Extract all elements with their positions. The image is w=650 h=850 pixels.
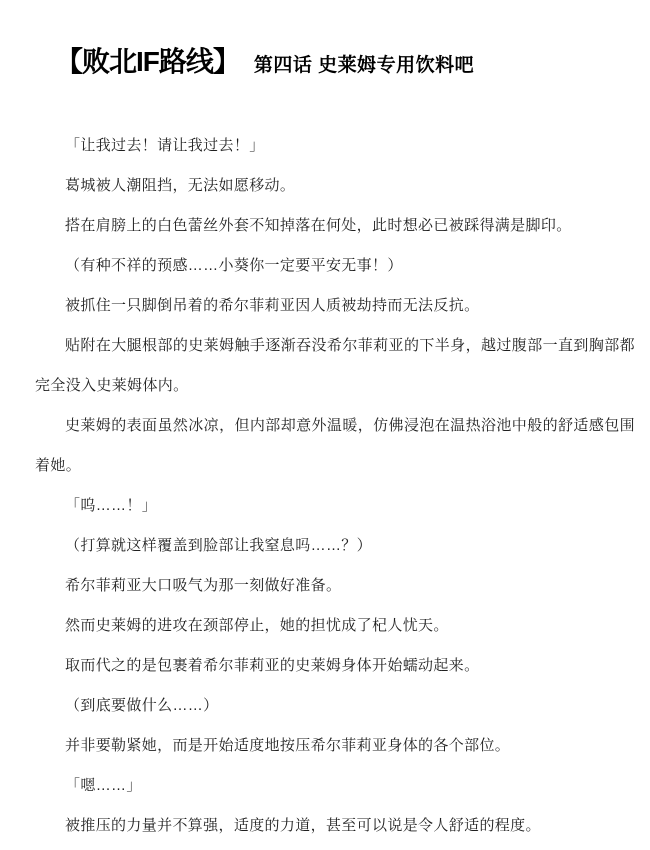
series-title: 【败北IF路线】	[55, 40, 240, 80]
novel-page: 【败北IF路线】 第四话 史莱姆专用饮料吧 「让我过去！请让我过去！」葛城被人潮…	[0, 0, 650, 850]
paragraph: 被抓住一只脚倒吊着的希尔菲莉亚因人质被劫持而无法反抗。	[35, 286, 635, 326]
paragraph: 「让我过去！请让我过去！」	[35, 126, 635, 166]
paragraph: （有种不祥的预感……小葵你一定要平安无事！）	[35, 246, 635, 286]
paragraph-list: 「让我过去！请让我过去！」葛城被人潮阻挡，无法如愿移动。搭在肩膀上的白色蕾丝外套…	[0, 80, 650, 846]
paragraph: （到底要做什么……）	[35, 686, 635, 726]
paragraph: 贴附在大腿根部的史莱姆触手逐渐吞没希尔菲莉亚的下半身，越过腹部一直到胸部都完全没…	[35, 326, 635, 406]
paragraph: 史莱姆的表面虽然冰凉，但内部却意外温暖，仿佛浸泡在温热浴池中般的舒适感包围着她。	[35, 406, 635, 486]
paragraph: 「嗯……」	[35, 766, 635, 806]
paragraph: 被推压的力量并不算强，适度的力道，甚至可以说是令人舒适的程度。	[35, 806, 635, 846]
paragraph: 并非要勒紧她，而是开始适度地按压希尔菲莉亚身体的各个部位。	[35, 726, 635, 766]
chapter-subtitle: 第四话 史莱姆专用饮料吧	[254, 50, 474, 77]
paragraph: （打算就这样覆盖到脸部让我窒息吗……？）	[35, 526, 635, 566]
paragraph: 「呜……！」	[35, 486, 635, 526]
paragraph: 取而代之的是包裹着希尔菲莉亚的史莱姆身体开始蠕动起来。	[35, 646, 635, 686]
paragraph: 希尔菲莉亚大口吸气为那一刻做好准备。	[35, 566, 635, 606]
paragraph: 然而史莱姆的进攻在颈部停止，她的担忧成了杞人忧天。	[35, 606, 635, 646]
chapter-header: 【败北IF路线】 第四话 史莱姆专用饮料吧	[0, 0, 650, 80]
paragraph: 葛城被人潮阻挡，无法如愿移动。	[35, 166, 635, 206]
paragraph: 搭在肩膀上的白色蕾丝外套不知掉落在何处，此时想必已被踩得满是脚印。	[35, 206, 635, 246]
